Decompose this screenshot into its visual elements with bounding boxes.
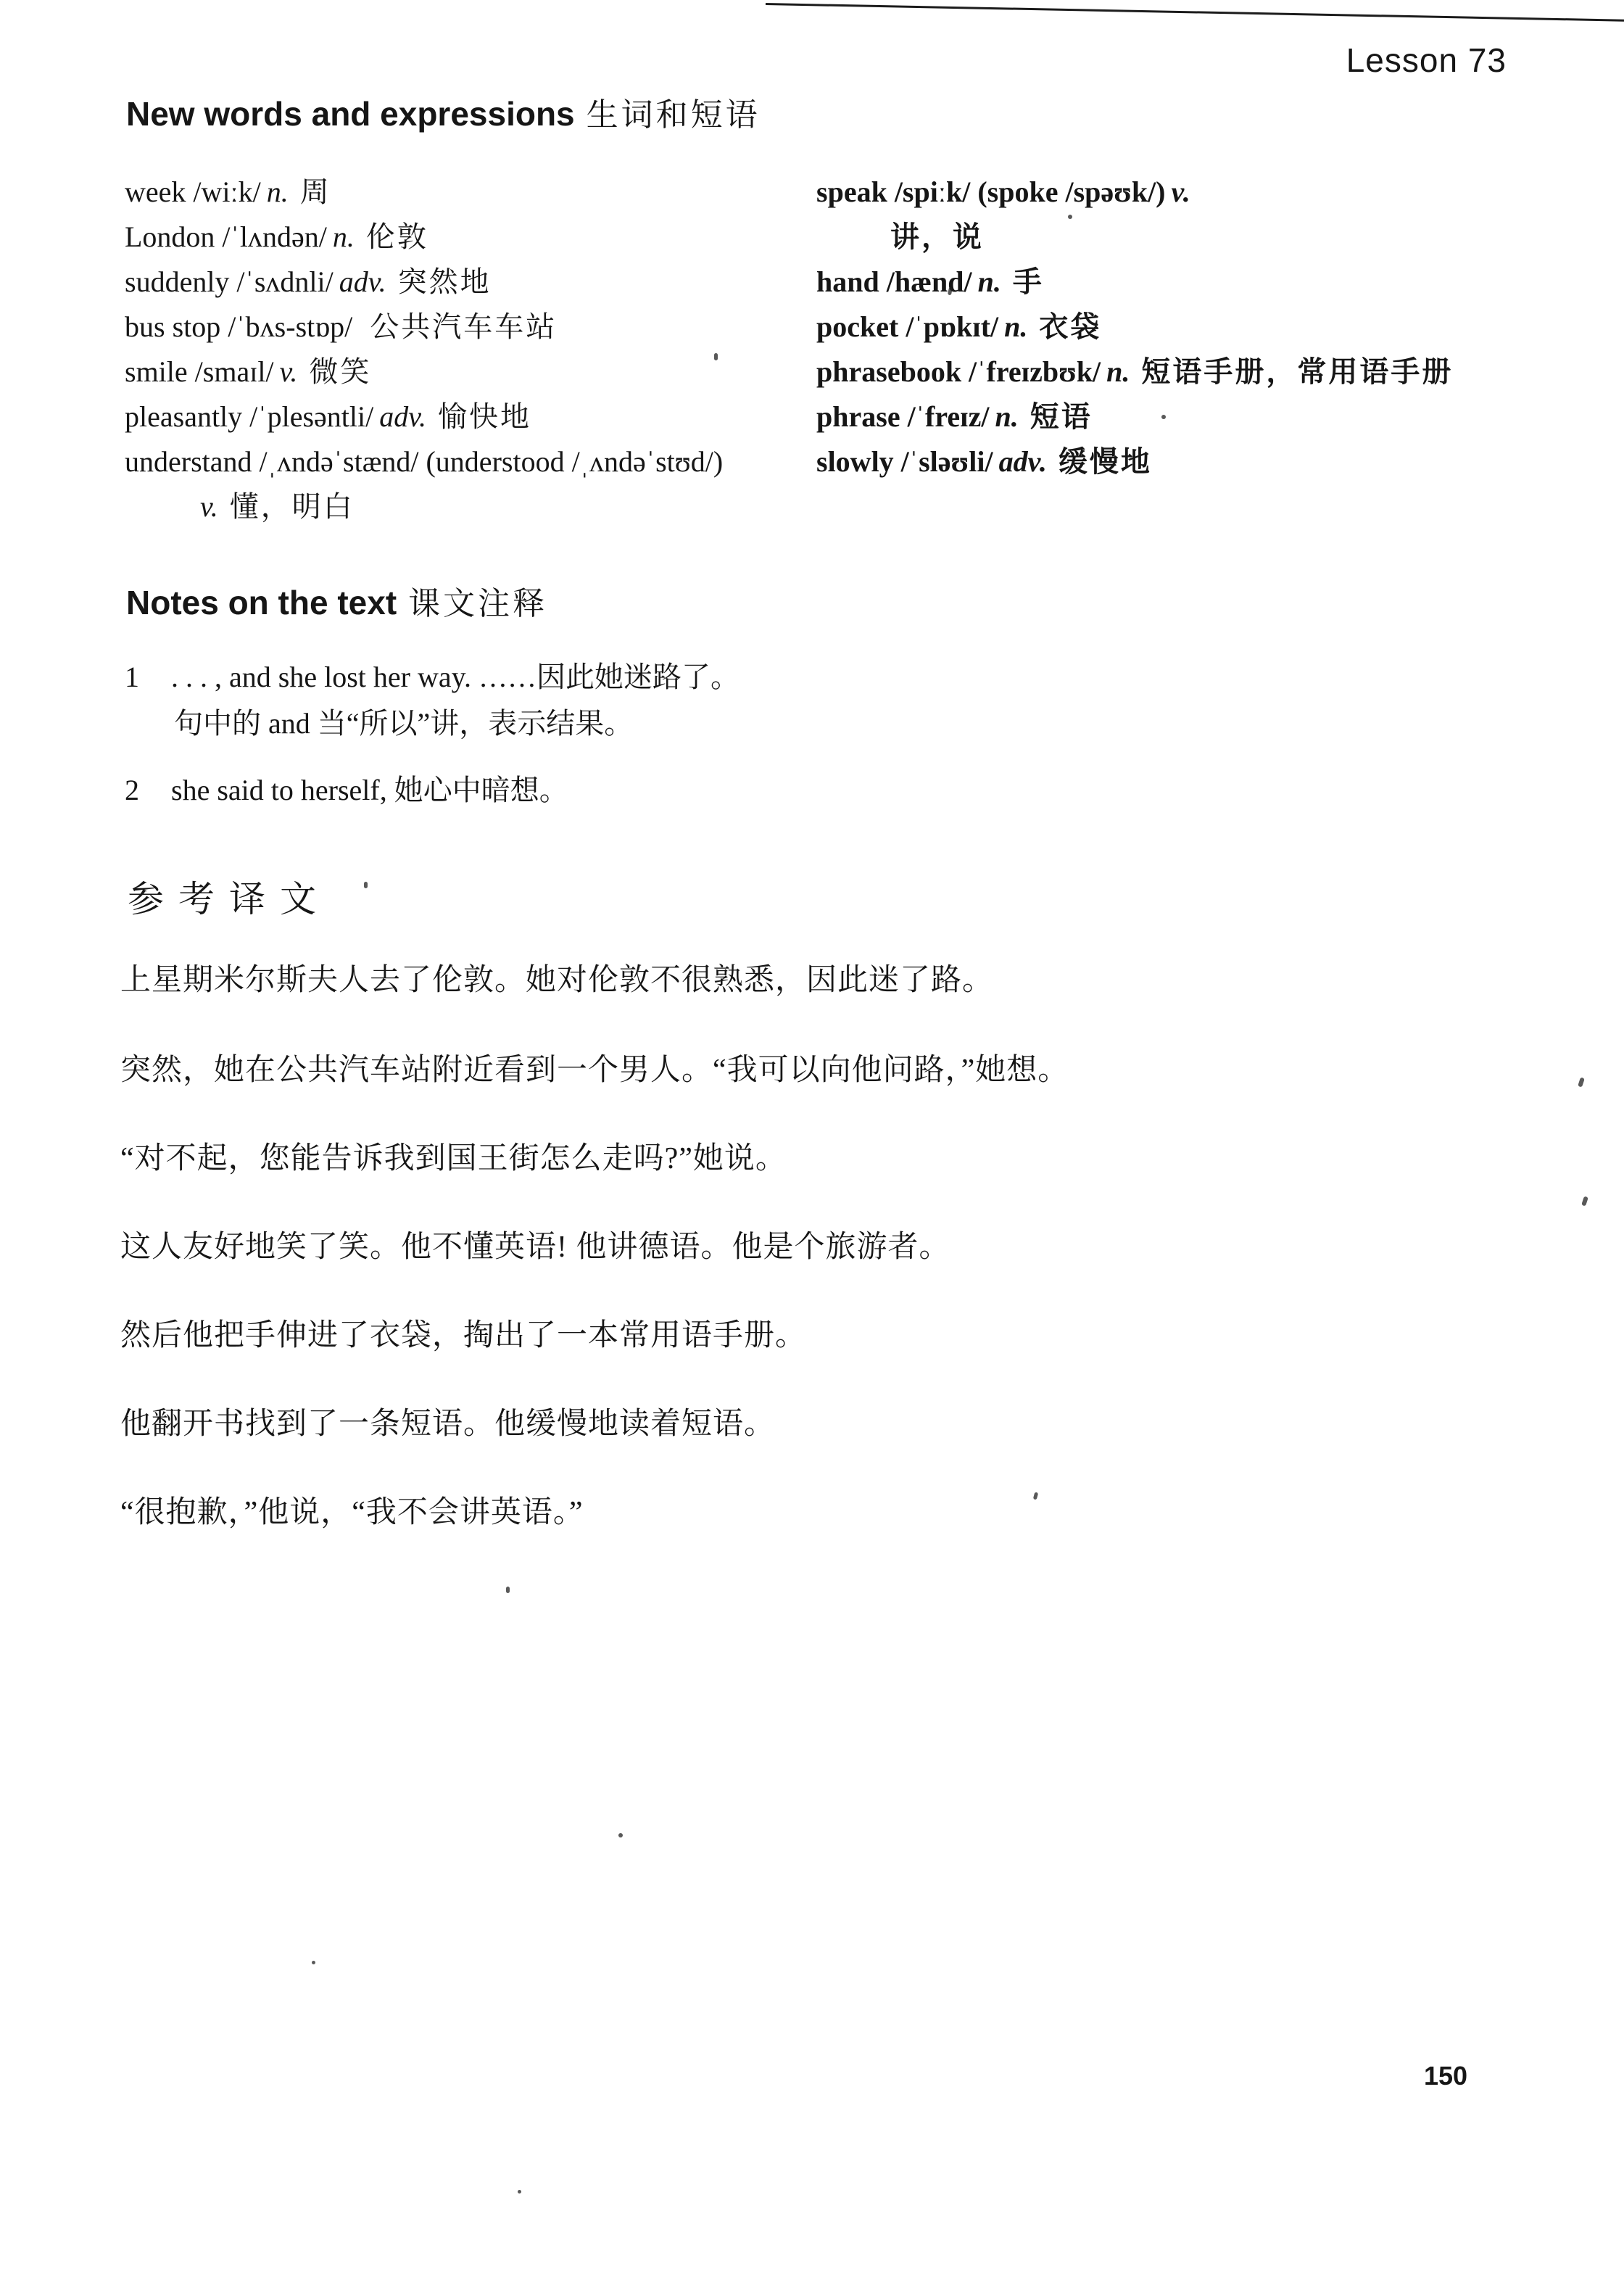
translation-paragraph: 然后他把手伸进了衣袋，掏出了一本常用语手册。 [120,1311,1396,1355]
word-entry: pleasantly /ˈplesəntli/ [125,400,373,433]
word-row: bus stop /ˈbʌs-stɒp/公共汽车车站 [125,305,821,350]
notes-heading-zh: 课文注释 [408,586,547,621]
word-row: hand /hænd/n.手 [816,260,1607,305]
note-item-1-line-2: 句中的 and 当“所以”讲，表示结果。 [174,700,633,742]
note-text: . . . , and she lost her way. ……因此她迷路了。 [171,661,739,693]
word-list-left-column: week /wiːk/n.周 London /ˈlʌndən/n.伦敦 sudd… [125,170,821,529]
word-row: understand /ˌʌndəˈstænd/ (understood /ˌʌ… [125,439,821,484]
word-entry: understand /ˌʌndəˈstænd/ (understood /ˌʌ… [125,445,723,478]
new-words-heading: New words and expressions生词和短语 [126,88,761,135]
translation-paragraph: 这人友好地笑了笑。他不懂英语! 他讲德语。他是个旅游者。 [120,1223,1396,1266]
note-item-2: 2she said to herself, 她心中暗想。 [125,767,568,809]
word-meaning: 周 [300,175,331,208]
word-entry: phrasebook /ˈfreɪzbʊk/ [816,355,1101,388]
translation-paragraph: “对不起，您能告诉我到国王街怎么走吗?”她说。 [120,1134,1396,1178]
scan-speck [1068,215,1072,219]
word-meaning: 微笑 [309,355,371,388]
word-row: phrase /ˈfreɪz/n.短语 [816,394,1607,439]
word-meaning: 突然地 [398,265,492,298]
word-entry: suddenly /ˈsʌdnli/ [125,265,333,298]
word-row-continuation: v.懂，明白 [125,484,821,529]
word-entry: London /ˈlʌndən/ [125,220,327,253]
word-meaning: 讲，说 [890,220,984,253]
word-row: pocket /ˈpɒkɪt/n.衣袋 [816,305,1607,350]
new-words-heading-en: New words and expressions [126,95,575,133]
word-pos: n. [995,400,1018,433]
word-list-right-column: speak /spiːk/ (spoke /spəʊk/)v. 讲，说 hand… [816,170,1607,484]
word-pos: n. [1004,310,1027,343]
notes-heading: Notes on the text课文注释 [126,577,547,624]
word-entry: pocket /ˈpɒkɪt/ [816,310,998,343]
word-row: week /wiːk/n.周 [125,170,821,215]
word-entry: speak /spiːk/ (spoke /spəʊk/) [816,175,1166,208]
word-pos: adv. [999,445,1047,478]
word-row: slowly /ˈsləʊli/adv.缓慢地 [816,439,1607,484]
scan-speck [364,882,368,888]
note-number: 1 [125,660,171,694]
word-row: speak /spiːk/ (spoke /spəʊk/)v. [816,170,1607,215]
scan-speck [312,1961,315,1964]
note-text: 句中的 and 当“所以”讲，表示结果。 [174,707,633,740]
lesson-label: Lesson 73 [1346,41,1507,80]
top-rule-line [766,3,1624,22]
scan-speck [618,1833,623,1837]
word-meaning: 伦敦 [366,220,428,253]
scan-speck [518,2190,521,2194]
word-entry: slowly /ˈsləʊli/ [816,445,993,478]
word-row: London /ˈlʌndən/n.伦敦 [125,215,821,260]
word-entry: week /wiːk/ [125,175,261,208]
notes-heading-en: Notes on the text [126,584,397,621]
translation-heading: 参考译文 [128,870,331,922]
word-pos: n. [1106,355,1130,388]
word-entry: smile /smaɪl/ [125,355,274,388]
scan-speck [1161,415,1166,419]
word-meaning: 公共汽车车站 [370,310,557,343]
note-text: she said to herself, 她心中暗想。 [171,774,568,806]
word-meaning: 缓慢地 [1058,445,1152,478]
translation-paragraph: 上星期米尔斯夫人去了伦敦。她对伦敦不很熟悉，因此迷了路。 [120,956,1396,999]
note-number: 2 [125,773,171,807]
word-meaning: 短语 [1030,400,1093,433]
word-pos: v. [200,490,218,523]
word-row-continuation: 讲，说 [816,215,1607,260]
note-item-1: 1. . . , and she lost her way. ……因此她迷路了。 [125,654,739,695]
word-pos: n. [333,220,355,253]
page-number: 150 [1424,2061,1467,2091]
word-row: suddenly /ˈsʌdnli/adv.突然地 [125,260,821,305]
new-words-heading-zh: 生词和短语 [587,97,761,133]
word-pos: v. [1172,175,1190,208]
word-meaning: 懂，明白 [230,490,355,523]
word-entry: bus stop /ˈbʌs-stɒp/ [125,310,352,343]
word-pos: adv. [339,265,386,298]
scan-speck [1581,1196,1588,1206]
word-entry: phrase /ˈfreɪz/ [816,400,989,433]
textbook-page: Lesson 73 New words and expressions生词和短语… [0,0,1624,2274]
word-pos: v. [280,355,298,388]
word-row: phrasebook /ˈfreɪzbʊk/n.短语手册，常用语手册 [816,350,1607,394]
scan-speck [506,1587,510,1593]
scan-speck [714,353,718,360]
word-pos: n. [267,175,289,208]
translation-paragraph: 他翻开书找到了一条短语。他缓慢地读着短语。 [120,1399,1396,1443]
word-meaning: 愉快地 [438,400,531,433]
word-pos: n. [978,265,1001,298]
word-meaning: 手 [1013,265,1044,298]
word-meaning: 短语手册，常用语手册 [1141,355,1453,388]
word-pos: adv. [379,400,426,433]
word-row: pleasantly /ˈplesəntli/adv.愉快地 [125,394,821,439]
translation-paragraph: 突然，她在公共汽车站附近看到一个男人。“我可以向他问路，”她想。 [120,1046,1396,1089]
scan-speck [1578,1077,1585,1087]
translation-paragraph: “很抱歉，”他说，“我不会讲英语。” [120,1488,1396,1531]
word-meaning: 衣袋 [1039,310,1101,343]
